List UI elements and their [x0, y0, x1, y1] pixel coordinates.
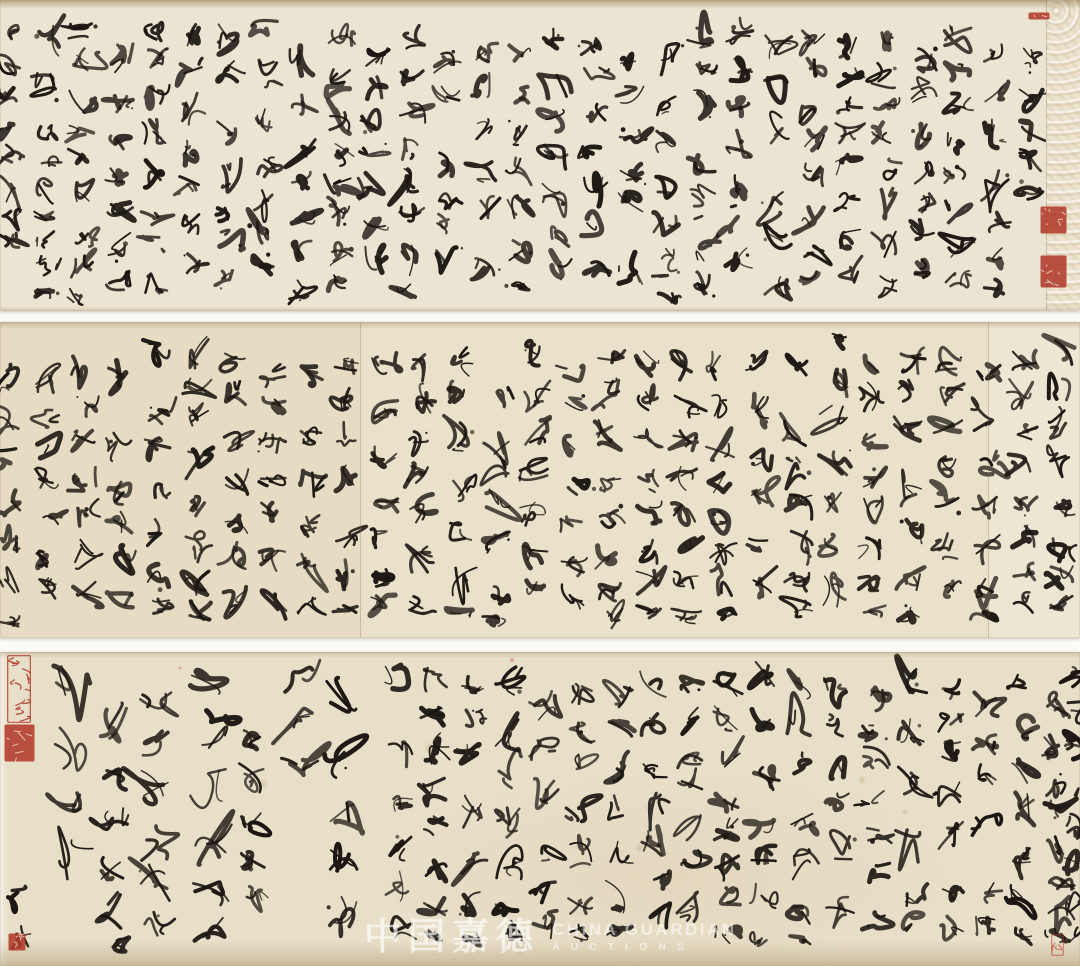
calligraphy-ink [0, 652, 1080, 966]
paper-seam [988, 322, 989, 638]
calligraphy-ink [0, 322, 1080, 638]
red-seal-stamp [1040, 206, 1067, 234]
red-seal-stamp [4, 724, 35, 762]
scroll-section-2 [0, 322, 1080, 638]
red-seal-stamp [1028, 12, 1050, 20]
paper-seam [360, 322, 361, 638]
red-seal-stamp [7, 655, 31, 723]
red-seal-stamp [1051, 934, 1064, 956]
scroll-section-1 [0, 0, 1080, 311]
calligraphy-ink [0, 0, 1080, 311]
red-seal-stamp [1040, 255, 1067, 288]
scroll-section-3 [0, 652, 1080, 966]
red-seal-stamp [8, 933, 26, 951]
handscroll-image: 中国嘉德 CHINA GUARDIAN AUCTIONS [0, 0, 1080, 966]
